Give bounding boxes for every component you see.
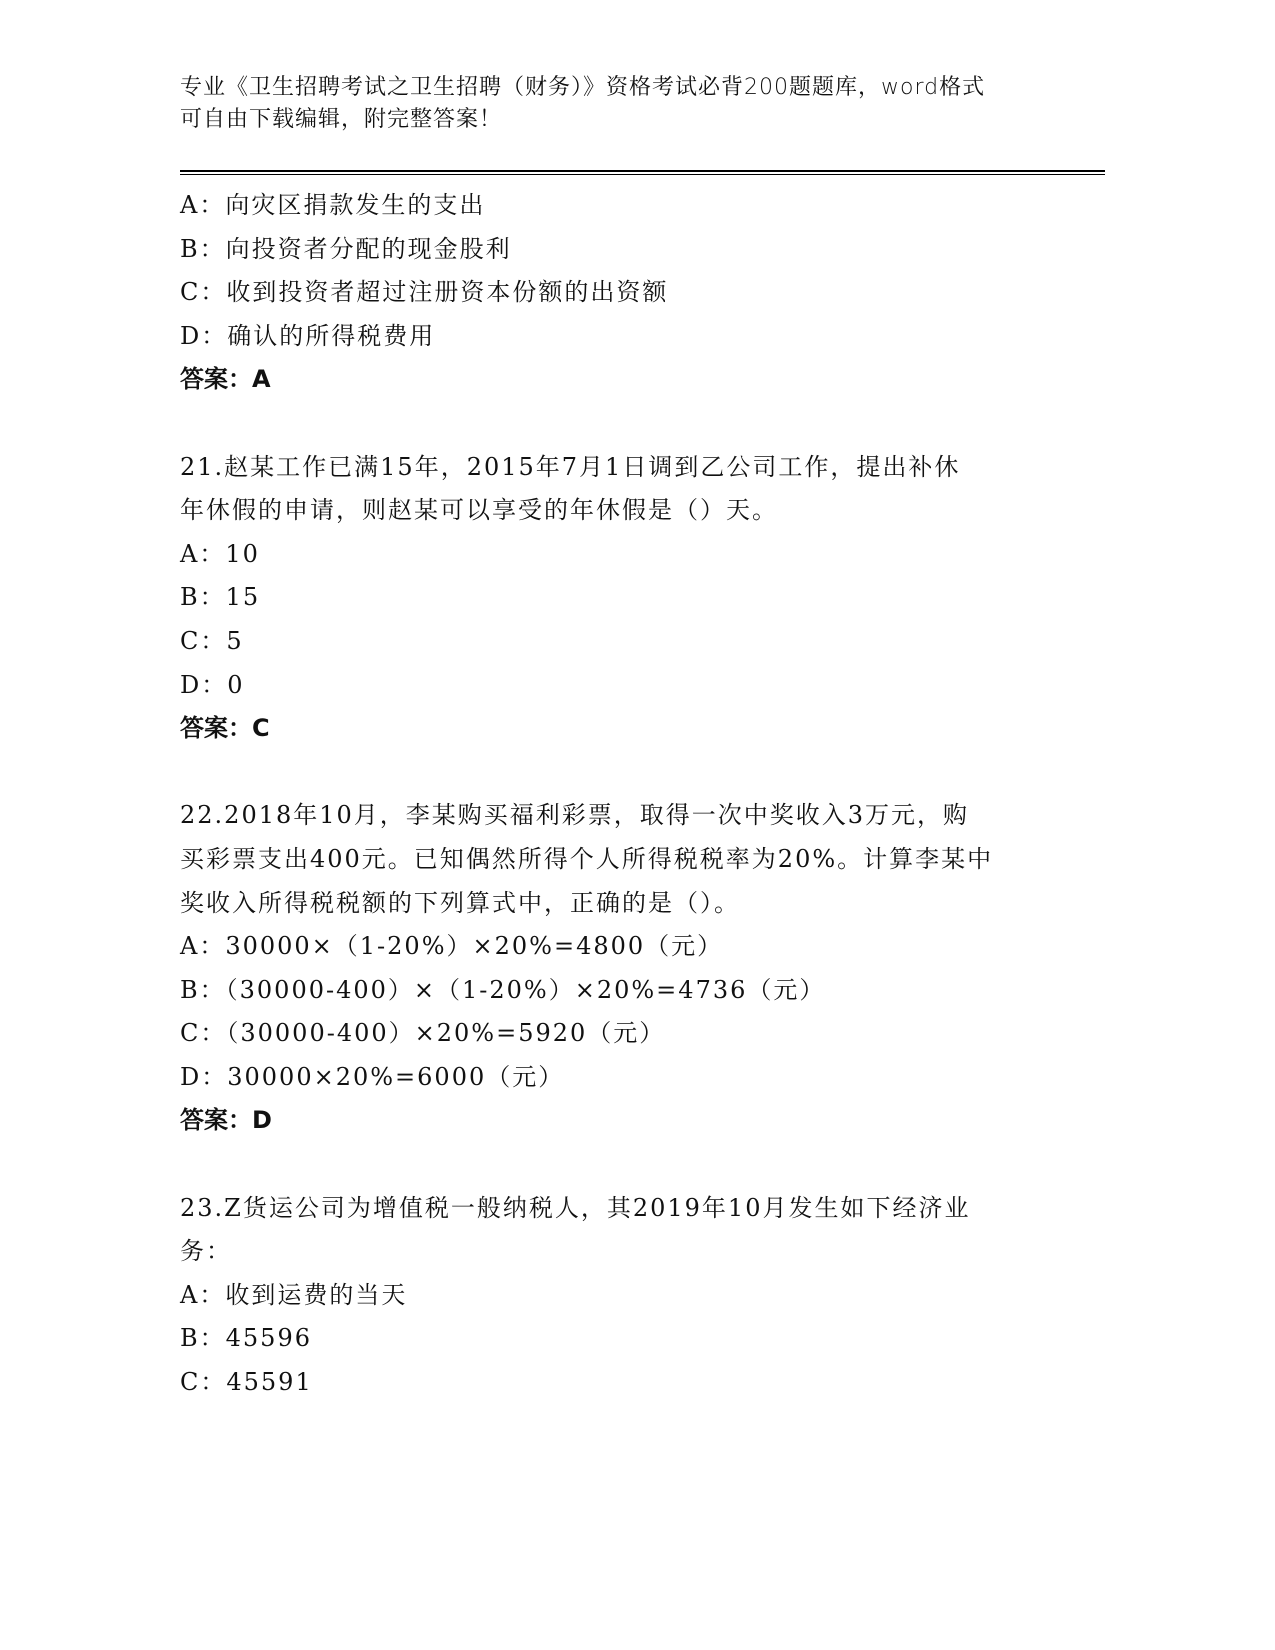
question-stem: 21.赵某工作已满15年，2015年7月1日调到乙公司工作，提出补休 年休假的申… <box>180 446 1040 533</box>
header-divider-thin <box>180 174 1105 175</box>
option-b: B：向投资者分配的现金股利 <box>180 228 1040 272</box>
question-21: 21.赵某工作已满15年，2015年7月1日调到乙公司工作，提出补休 年休假的申… <box>180 446 1040 751</box>
option-d: D：确认的所得税费用 <box>180 315 1040 359</box>
answer-line: 答案：A <box>180 358 1040 402</box>
answer-line: 答案：D <box>180 1099 1040 1143</box>
answer-line: 答案：C <box>180 707 1040 751</box>
option-c: C：45591 <box>180 1361 1040 1405</box>
option-a: A：10 <box>180 533 1040 577</box>
option-c: C：5 <box>180 620 1040 664</box>
question-stem: 22.2018年10月，李某购买福利彩票，取得一次中奖收入3万元，购 买彩票支出… <box>180 794 1040 925</box>
stem-line: 务： <box>180 1230 1040 1274</box>
stem-line: 23.Z货运公司为增值税一般纳税人，其2019年10月发生如下经济业 <box>180 1187 1040 1231</box>
option-b: B：15 <box>180 576 1040 620</box>
option-b: B：45596 <box>180 1317 1040 1361</box>
header-line-1: 专业《卫生招聘考试之卫生招聘（财务）》资格考试必背200题题库，word格式 <box>180 72 1040 104</box>
spacer <box>180 402 1040 446</box>
option-a: A：向灾区捐款发生的支出 <box>180 184 1040 228</box>
question-22: 22.2018年10月，李某购买福利彩票，取得一次中奖收入3万元，购 买彩票支出… <box>180 794 1040 1143</box>
question-20-continued: A：向灾区捐款发生的支出 B：向投资者分配的现金股利 C：收到投资者超过注册资本… <box>180 184 1040 402</box>
header-line-2: 可自由下载编辑，附完整答案！ <box>180 104 1040 136</box>
question-stem: 23.Z货运公司为增值税一般纳税人，其2019年10月发生如下经济业 务： <box>180 1187 1040 1274</box>
stem-line: 22.2018年10月，李某购买福利彩票，取得一次中奖收入3万元，购 <box>180 794 1040 838</box>
header-divider-thick <box>180 170 1105 172</box>
option-b: B：（30000-400）×（1-20%）×20%=4736（元） <box>180 969 1040 1013</box>
option-d: D：0 <box>180 664 1040 708</box>
option-c: C：收到投资者超过注册资本份额的出资额 <box>180 271 1040 315</box>
spacer <box>180 1143 1040 1187</box>
question-23: 23.Z货运公司为增值税一般纳税人，其2019年10月发生如下经济业 务： A：… <box>180 1187 1040 1405</box>
option-a: A：30000×（1-20%）×20%=4800（元） <box>180 925 1040 969</box>
stem-line: 21.赵某工作已满15年，2015年7月1日调到乙公司工作，提出补休 <box>180 446 1040 490</box>
document-header: 专业《卫生招聘考试之卫生招聘（财务）》资格考试必背200题题库，word格式 可… <box>180 72 1040 136</box>
document-body: A：向灾区捐款发生的支出 B：向投资者分配的现金股利 C：收到投资者超过注册资本… <box>180 184 1040 1405</box>
option-c: C：（30000-400）×20%=5920（元） <box>180 1012 1040 1056</box>
option-a: A：收到运费的当天 <box>180 1274 1040 1318</box>
spacer <box>180 751 1040 795</box>
stem-line: 年休假的申请，则赵某可以享受的年休假是（）天。 <box>180 489 1040 533</box>
stem-line: 奖收入所得税税额的下列算式中，正确的是（）。 <box>180 882 1040 926</box>
stem-line: 买彩票支出400元。已知偶然所得个人所得税税率为20%。计算李某中 <box>180 838 1040 882</box>
option-d: D：30000×20%=6000（元） <box>180 1056 1040 1100</box>
